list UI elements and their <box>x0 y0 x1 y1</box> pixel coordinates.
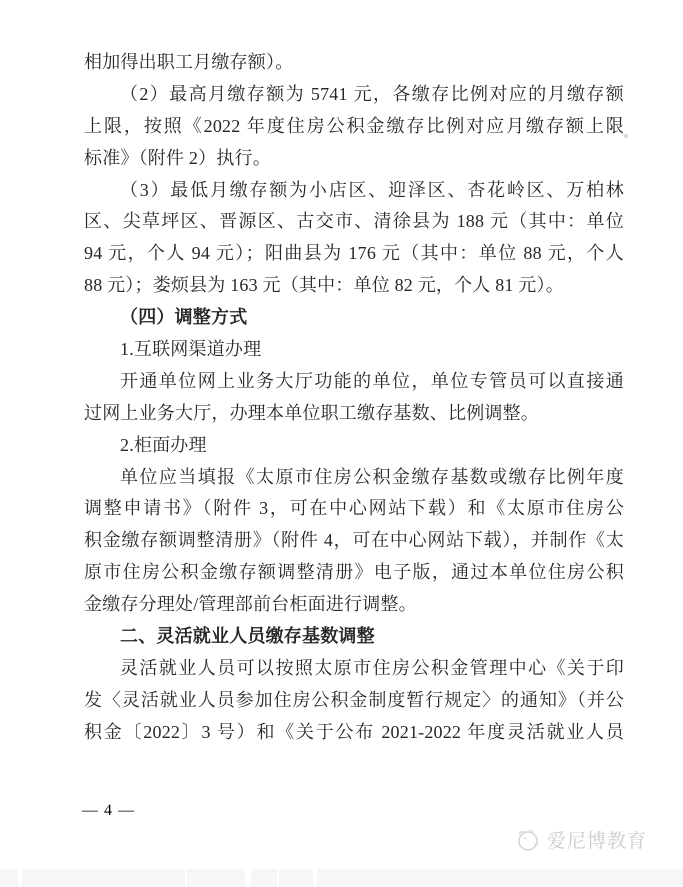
document-line: 88 元）；娄烦县为 163 元（其中：单位 82 元，个人 81 元）。 <box>84 270 624 302</box>
document-line: 灵活就业人员可以按照太原市住房公积金管理中心《关于印 <box>84 653 624 685</box>
bottom-bar-segment <box>279 869 313 887</box>
document-line: 上限，按照《2022 年度住房公积金缴存比例对应月缴存额上限 <box>84 111 624 143</box>
document-line: 94 元，个人 94 元）；阳曲县为 176 元（其中：单位 88 元，个人 <box>84 238 624 270</box>
document-line: 调整申请书》（附件 3，可在中心网站下载）和《太原市住房公 <box>84 493 624 525</box>
bottom-bar-segment <box>251 869 277 887</box>
bottom-bar-segment <box>22 869 185 887</box>
bottom-bar-segment <box>317 869 683 887</box>
scan-speck-dot <box>624 134 628 138</box>
document-line: 积金〔2022〕3 号）和《关于公布 2021-2022 年度灵活就业人员 <box>84 717 624 749</box>
document-line: （2）最高月缴存额为 5741 元，各缴存比例对应的月缴存额 <box>84 79 624 111</box>
bottom-bar-segment <box>0 869 18 887</box>
document-line: 2.柜面办理 <box>84 430 624 462</box>
document-line: 区、尖草坪区、晋源区、古交市、清徐县为 188 元（其中：单位 <box>84 206 624 238</box>
document-line: 相加得出职工月缴存额）。 <box>84 47 624 79</box>
watermark-text: 爱尼博教育 <box>547 826 647 853</box>
document-line: 开通单位网上业务大厅功能的单位，单位专管员可以直接通 <box>84 366 624 398</box>
document-line: 金缴存分理处/管理部前台柜面进行调整。 <box>84 589 624 621</box>
document-page: 相加得出职工月缴存额）。（2）最高月缴存额为 5741 元，各缴存比例对应的月缴… <box>0 0 683 887</box>
document-line: 1.互联网渠道办理 <box>84 334 624 366</box>
document-line: 过网上业务大厅，办理本单位职工缴存基数、比例调整。 <box>84 398 624 430</box>
page-number: — 4 — <box>82 799 135 823</box>
document-line: 发〈灵活就业人员参加住房公积金制度暂行规定〉的通知》（并公 <box>84 685 624 717</box>
document-line: 原市住房公积金缴存额调整清册》电子版，通过本单位住房公积 <box>84 557 624 589</box>
document-line: 二、灵活就业人员缴存基数调整 <box>84 621 624 653</box>
bottom-bar <box>0 869 683 887</box>
bottom-bar-segment <box>187 869 245 887</box>
document-line: 单位应当填报《太原市住房公积金缴存基数或缴存比例年度 <box>84 462 624 494</box>
document-line: （四）调整方式 <box>84 302 624 334</box>
watermark-logo-icon <box>512 825 542 853</box>
document-line: （3）最低月缴存额为小店区、迎泽区、杏花岭区、万柏林 <box>84 175 624 207</box>
document-body: 相加得出职工月缴存额）。（2）最高月缴存额为 5741 元，各缴存比例对应的月缴… <box>84 47 624 749</box>
watermark: 爱尼博教育 <box>512 824 647 854</box>
document-line: 标准》（附件 2）执行。 <box>84 143 624 175</box>
document-line: 积金缴存额调整清册》（附件 4，可在中心网站下载），并制作《太 <box>84 525 624 557</box>
